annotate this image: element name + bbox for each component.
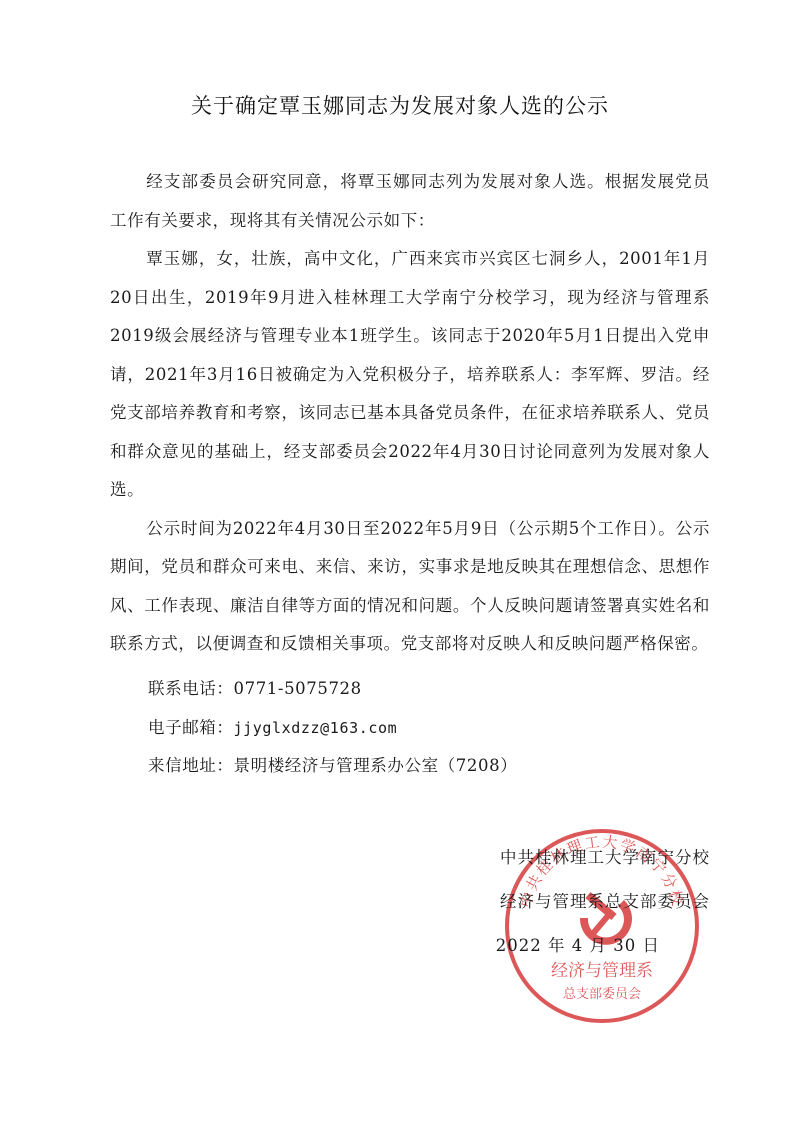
phone-value: 0771-5075728	[234, 679, 362, 698]
address-value: 景明楼经济与管理系办公室（7208）	[234, 756, 518, 775]
signature-org-line1: 中共桂林理工大学南宁分校	[440, 836, 710, 880]
email-label: 电子邮箱：	[148, 718, 234, 737]
paragraph-candidate-info: 覃玉娜，女，壮族，高中文化，广西来宾市兴宾区七洞乡人，2001年1月20日出生，…	[110, 240, 710, 510]
phone-label: 联系电话：	[148, 679, 234, 698]
contact-info: 联系电话：0771-5075728 电子邮箱：jjyglxdzz@163.com…	[148, 670, 708, 786]
paragraph-intro: 经支部委员会研究同意，将覃玉娜同志列为发展对象人选。根据发展党员工作有关要求，现…	[110, 163, 710, 240]
signature-block: 中共桂林理工大学南宁分校 经济与管理系总支部委员会 2022 年 4 月 30 …	[440, 836, 710, 968]
address-label: 来信地址：	[148, 756, 234, 775]
contact-email: 电子邮箱：jjyglxdzz@163.com	[148, 709, 708, 748]
contact-phone: 联系电话：0771-5075728	[148, 670, 708, 709]
document-title: 关于确定覃玉娜同志为发展对象人选的公示	[0, 90, 800, 120]
signature-org-line2: 经济与管理系总支部委员会	[440, 880, 710, 924]
paragraph-notice-period: 公示时间为2022年4月30日至2022年5月9日（公示期5个工作日）。公示期间…	[110, 510, 710, 664]
document-body: 经支部委员会研究同意，将覃玉娜同志列为发展对象人选。根据发展党员工作有关要求，现…	[110, 163, 710, 664]
signature-date: 2022 年 4 月 30 日	[440, 924, 710, 968]
email-value: jjyglxdzz@163.com	[234, 719, 398, 737]
contact-address: 来信地址：景明楼经济与管理系办公室（7208）	[148, 747, 708, 786]
seal-inner-line2: 总支部委员会	[563, 986, 641, 1002]
